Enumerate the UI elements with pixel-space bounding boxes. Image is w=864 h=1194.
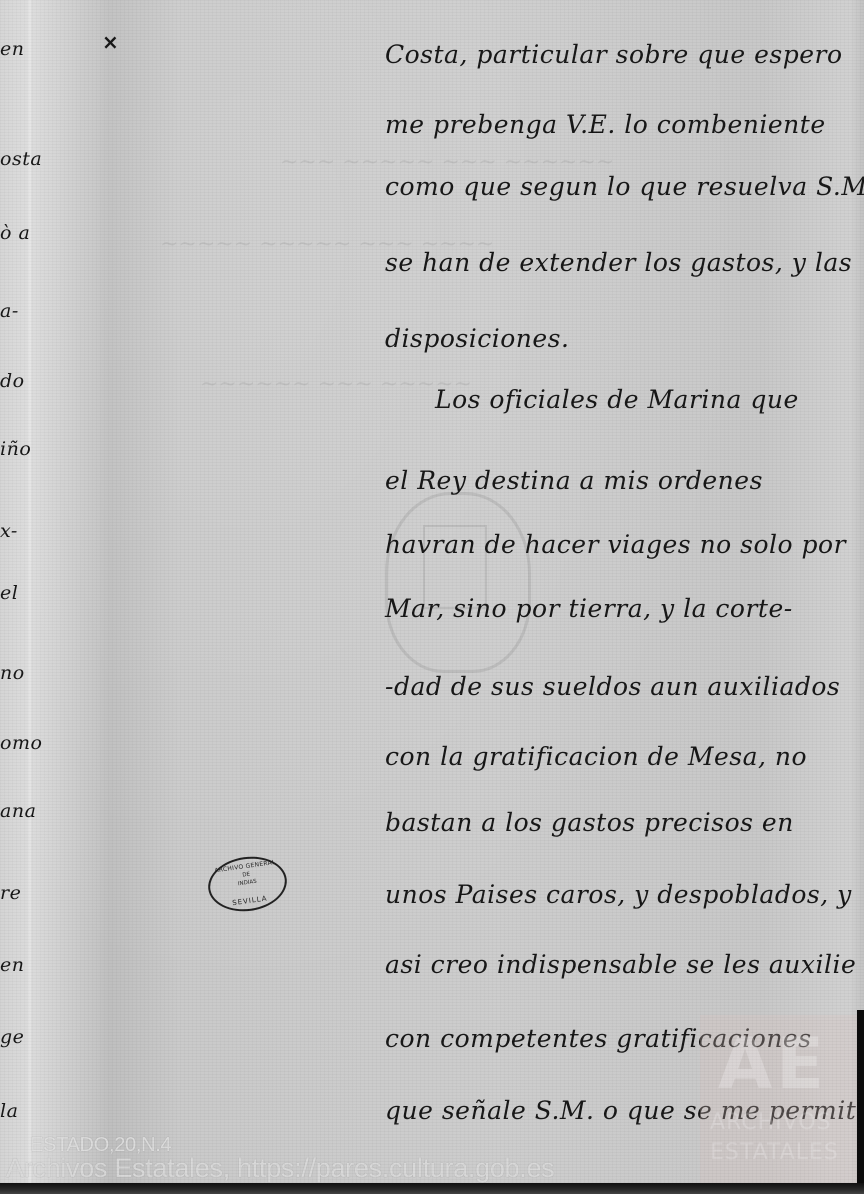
margin-fragment: ge [0,1026,24,1048]
text-line: Costa, particular sobre que espero [385,40,843,69]
stamp-line: SEVILLA [212,892,287,910]
text-line: asi creo indispensable se les auxilie [385,950,856,979]
margin-fragment: en [0,38,24,60]
text-line: disposiciones. [385,324,569,353]
text-line: el Rey destina a mis ordenes [385,466,763,495]
logo-line: ESTATALES [710,1140,839,1165]
logo-letters: AE [718,1023,828,1105]
logo-line: ARCHIVOS [710,1110,832,1135]
margin-fragment: omo [0,732,42,754]
archivos-estatales-logo-watermark: AE ARCHIVOS ESTATALES [700,1015,860,1183]
margin-fragment: osta [0,148,42,170]
margin-fragment: iño [0,438,31,460]
margin-fragment: no [0,662,25,684]
paragraph-start-line: Los oficiales de Marina que [435,385,799,414]
margin-fragment: a- [0,300,19,322]
page-torn-edge [857,1010,864,1185]
text-line: con la gratificacion de Mesa, no [385,742,807,771]
text-line: havran de hacer viages no solo por [385,530,846,559]
page-fold-crease [28,0,31,1183]
margin-fragment: ana [0,800,36,822]
text-line: unos Paises caros, y despoblados, y [385,880,852,909]
text-line: -dad de sus sueldos aun auxiliados [385,672,840,701]
margin-fragment: la [0,1100,18,1122]
text-line: me prebenga V.E. lo combeniente [385,110,826,139]
margin-fragment: x- [0,520,18,542]
margin-fragment: ò a [0,222,30,244]
archive-stamp: ARCHIVO GENERAL DE INDIAS SEVILLA [205,852,291,916]
bleed-through-text: ~~~~~~ ~~~ ~~~~~ [200,372,472,397]
manuscript-page: ~~~ ~~~~~ ~~~ ~~~~~~ ~~~~~ ~~~~~ ~~~ ~~~… [0,0,864,1183]
margin-fragment: do [0,370,25,392]
text-line: se han de extender los gastos, y las [385,248,852,277]
margin-fragment: el [0,582,18,604]
embossed-seal-ghost [385,492,531,673]
margin-cross-mark: × [102,30,119,54]
text-line: bastan a los gastos precisos en [385,808,794,837]
watermark-source-url: Archivos Estatales, https://pares.cultur… [6,1153,554,1183]
scan-bottom-border [0,1183,864,1194]
margin-fragment: en [0,954,24,976]
margin-fragment: re [0,882,21,904]
text-line: Mar, sino por tierra, y la corte- [385,594,793,623]
text-line: como que segun lo que resuelva S.M. [385,172,864,201]
